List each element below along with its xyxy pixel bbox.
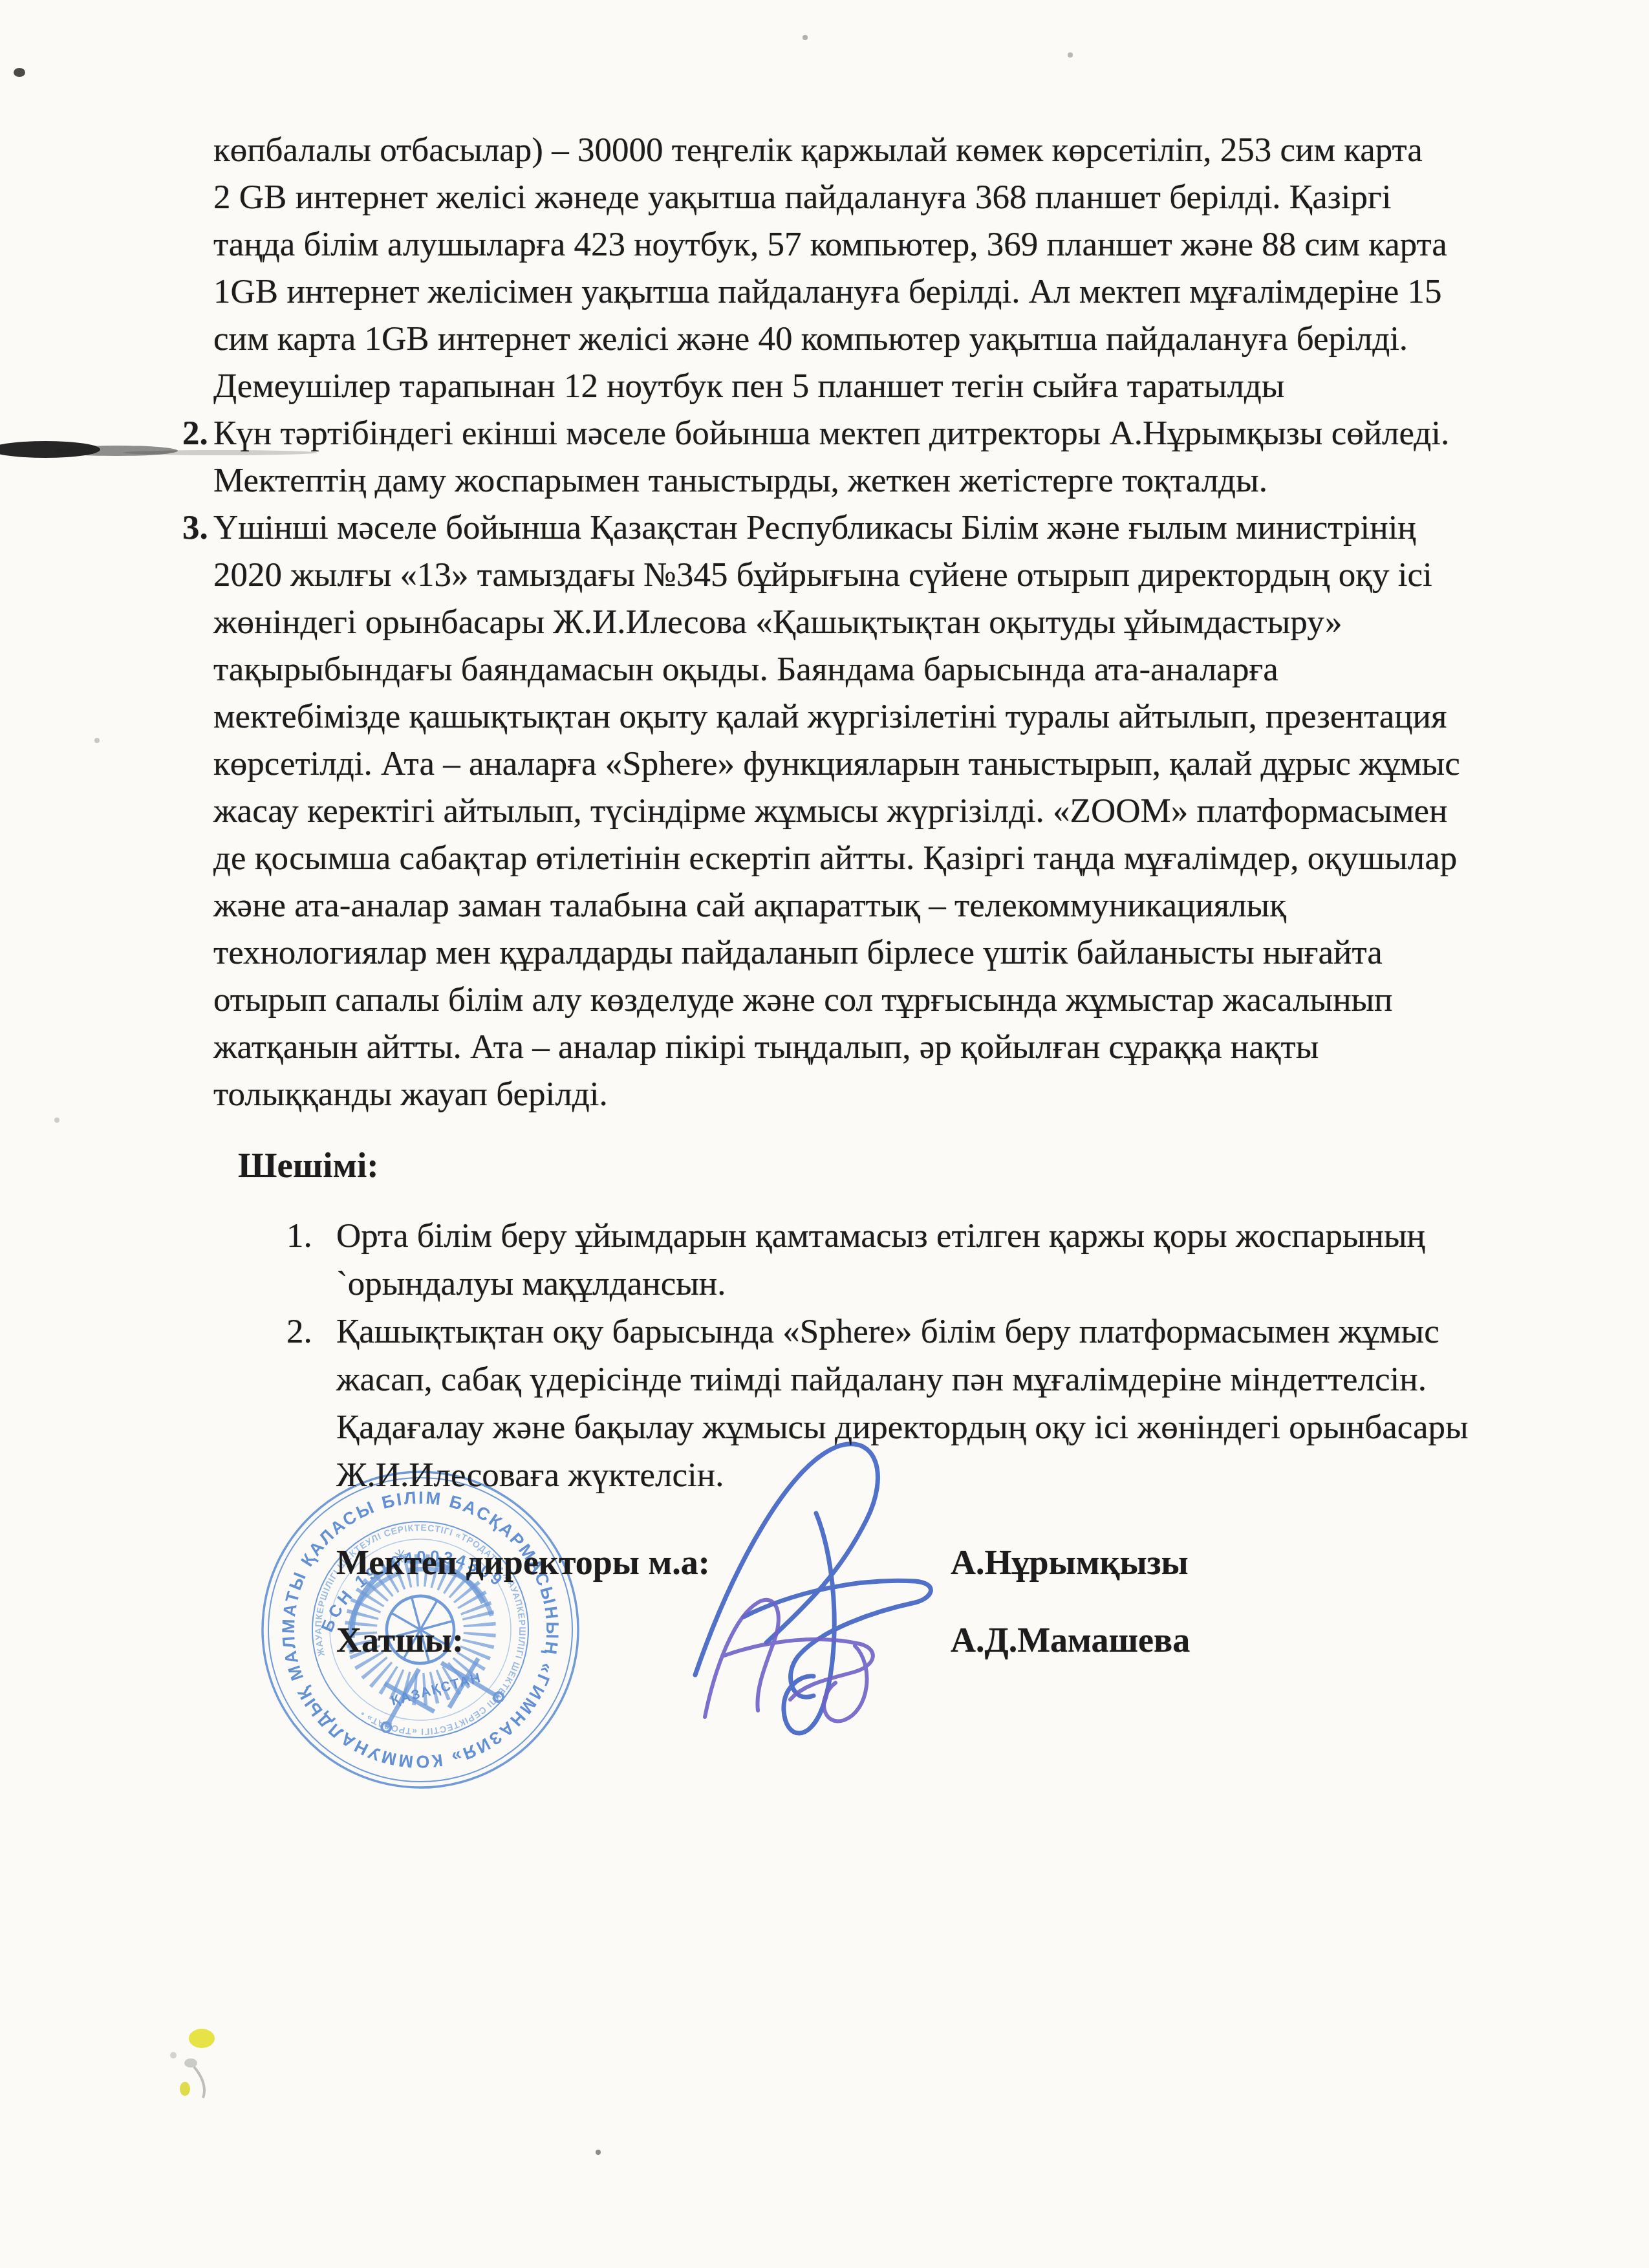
- signature-row: Мектеп директоры м.а:А.Нұрымқызы: [336, 1539, 1371, 1586]
- text-line: және ата-аналар заман талабына сай ақпар…: [213, 882, 1546, 929]
- agenda-item-2: 2. Күн тәртібіндегі екінші мәселе бойынш…: [213, 410, 1546, 504]
- decisions-heading: Шешімі:: [238, 1141, 1546, 1189]
- decision-item: 1.Орта білім беру ұйымдарын қамтамасыз е…: [336, 1212, 1546, 1308]
- signature-row: Хатшы:А.Д.Мамашева: [336, 1617, 1371, 1664]
- text-line: Қашықтықтан оқу барысында «Sphere» білім…: [336, 1308, 1546, 1355]
- text-line: таңда білім алушыларға 423 ноутбук, 57 к…: [213, 221, 1546, 268]
- text-line: Демеушілер тарапынан 12 ноутбук пен 5 пл…: [213, 363, 1546, 410]
- agenda-item-2-number: 2.: [182, 410, 208, 457]
- signature-label: Мектеп директоры м.а:: [336, 1543, 710, 1582]
- text-line: Қадағалау және бақылау жұмысы директорды…: [336, 1403, 1546, 1451]
- text-line: жасап, сабақ үдерісінде тиімді пайдалану…: [336, 1355, 1546, 1403]
- signature-label: Хатшы:: [336, 1621, 464, 1659]
- text-line: көрсетілді. Ата – аналарға «Sphere» функ…: [213, 740, 1546, 788]
- text-line: мектебімізде қашықтықтан оқыту қалай жүр…: [213, 693, 1546, 740]
- decision-item: 2.Қашықтықтан оқу барысында «Sphere» біл…: [336, 1308, 1546, 1499]
- document-body: көпбалалы отбасылар) – 30000 теңгелік қа…: [213, 127, 1546, 1499]
- signature-rows: Мектеп директоры м.а:А.НұрымқызыХатшы:А.…: [336, 1539, 1371, 1664]
- text-line: 1GB интернет желісімен уақытша пайдалану…: [213, 268, 1546, 316]
- text-line: толыққанды жауап берілді.: [213, 1071, 1546, 1118]
- decisions-list: 1.Орта білім беру ұйымдарын қамтамасыз е…: [213, 1212, 1546, 1499]
- text-line: жөніндегі орынбасары Ж.И.Илесова «Қашықт…: [213, 599, 1546, 646]
- stamp-country-label: ҚАЗАҚСТАН: [389, 1670, 483, 1709]
- text-line: жасау керектігі айтылып, түсіндірме жұмы…: [213, 788, 1546, 835]
- text-line: 2 GB интернет желісі жәнеде уақытша пайд…: [213, 174, 1546, 221]
- agenda-item-3-number: 3.: [182, 504, 208, 552]
- text-line: технологиялар мен құралдарды пайдаланып …: [213, 929, 1546, 977]
- text-line: Үшінші мәселе бойынша Қазақстан Республи…: [213, 504, 1546, 552]
- agenda-item-1-continuation: көпбалалы отбасылар) – 30000 теңгелік қа…: [213, 127, 1546, 410]
- text-line: тақырыбындағы баяндамасын оқыды. Баяндам…: [213, 646, 1546, 693]
- signature-name: А.Д.Мамашева: [951, 1617, 1190, 1664]
- text-line: Ж.И.Илесоваға жүктелсін.: [336, 1451, 1546, 1499]
- text-line: Мектептің даму жоспарымен таныстырды, же…: [213, 457, 1546, 504]
- text-line: Күн тәртібіндегі екінші мәселе бойынша м…: [213, 410, 1546, 457]
- text-line: 2020 жылғы «13» тамыздағы №345 бұйрығына…: [213, 552, 1546, 599]
- text-line: көпбалалы отбасылар) – 30000 теңгелік қа…: [213, 127, 1546, 174]
- signature-block: Мектеп директоры м.а:А.НұрымқызыХатшы:А.…: [336, 1539, 1371, 1664]
- text-line: жатқанын айтты. Ата – аналар пікірі тыңд…: [213, 1024, 1546, 1071]
- agenda-item-3: 3. Үшінші мәселе бойынша Қазақстан Респу…: [213, 504, 1546, 1118]
- text-line: `орындалуы мақұлдансын.: [336, 1260, 1546, 1308]
- decision-item-number: 2.: [286, 1308, 312, 1355]
- text-line: сим карта 1GB интернет желісі және 40 ко…: [213, 316, 1546, 363]
- text-line: отырып сапалы білім алу көзделуде және с…: [213, 977, 1546, 1024]
- text-line: де қосымша сабақтар өтілетінін ескертіп …: [213, 835, 1546, 882]
- scanned-document-page: АЛМАТЫ ҚАЛАСЫ БІЛІМ БАСҚАРМАСЫНЫҢ «ГИМНА…: [0, 0, 1649, 2268]
- text-line: Орта білім беру ұйымдарын қамтамасыз еті…: [336, 1212, 1546, 1260]
- signature-name: А.Нұрымқызы: [951, 1539, 1189, 1586]
- decision-item-number: 1.: [286, 1212, 312, 1260]
